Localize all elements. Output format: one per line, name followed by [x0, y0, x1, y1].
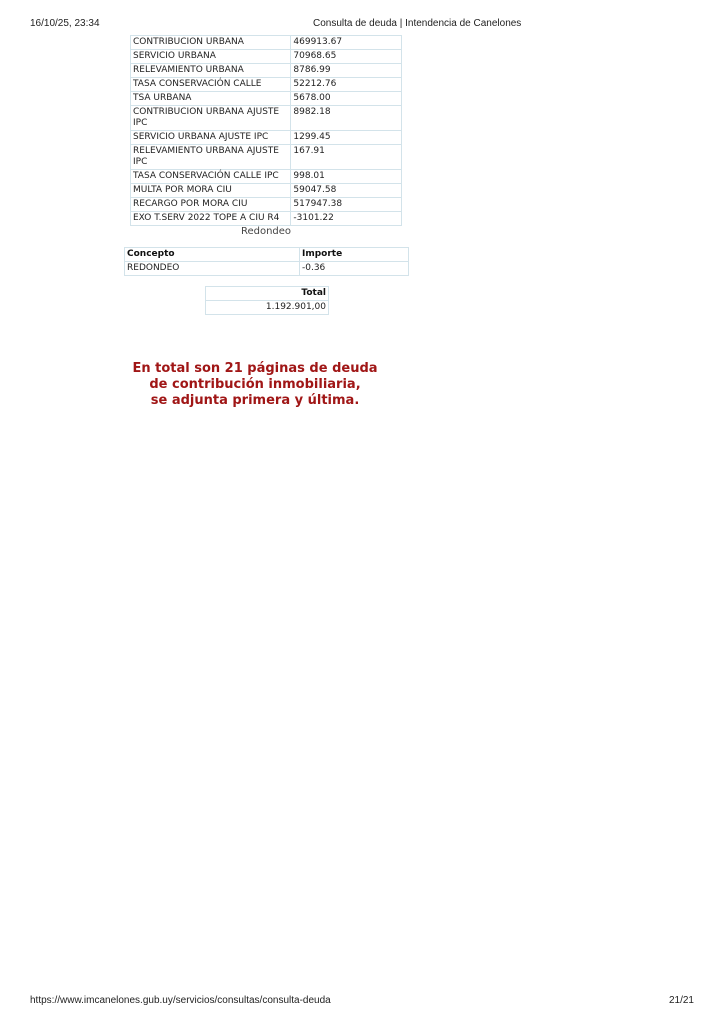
- total-table: Total 1.192.901,00: [205, 286, 329, 315]
- table-row: SERVICIO URBANA AJUSTE IPC1299.45: [131, 131, 402, 145]
- debt-importe: 70968.65: [291, 50, 402, 64]
- note-line: de contribución inmobiliaria,: [120, 377, 390, 393]
- table-header-row: Concepto Importe: [125, 248, 409, 262]
- debt-concepto: EXO T.SERV 2022 TOPE A CIU R4: [131, 212, 291, 226]
- table-row: RECARGO POR MORA CIU517947.38: [131, 198, 402, 212]
- table-row: TASA CONSERVACIÓN CALLE52212.76: [131, 78, 402, 92]
- debt-importe: 998.01: [291, 170, 402, 184]
- debt-importe: 1299.45: [291, 131, 402, 145]
- print-page-title: Consulta de deuda | Intendencia de Canel…: [313, 18, 521, 29]
- column-header-importe: Importe: [300, 248, 409, 262]
- debt-importe: 167.91: [291, 145, 402, 170]
- redondeo-concepto: REDONDEO: [125, 262, 300, 276]
- table-row: CONTRIBUCION URBANA469913.67: [131, 36, 402, 50]
- debt-importe: 469913.67: [291, 36, 402, 50]
- table-row: TSA URBANA5678.00: [131, 92, 402, 106]
- debt-importe: 8786.99: [291, 64, 402, 78]
- debt-concepto: TASA CONSERVACIÓN CALLE IPC: [131, 170, 291, 184]
- table-row: MULTA POR MORA CIU59047.58: [131, 184, 402, 198]
- debt-concepto: RELEVAMIENTO URBANA: [131, 64, 291, 78]
- debt-importe: 52212.76: [291, 78, 402, 92]
- debt-importe: -3101.22: [291, 212, 402, 226]
- print-url: https://www.imcanelones.gub.uy/servicios…: [30, 995, 331, 1006]
- print-header: 16/10/25, 23:34 Consulta de deuda | Inte…: [0, 18, 724, 32]
- note-line: se adjunta primera y última.: [120, 393, 390, 409]
- table-row: RELEVAMIENTO URBANA AJUSTE IPC167.91: [131, 145, 402, 170]
- total-value: 1.192.901,00: [206, 301, 329, 315]
- redondeo-table: Concepto Importe REDONDEO -0.36: [124, 247, 409, 276]
- note-line: En total son 21 páginas de deuda: [120, 361, 390, 377]
- redondeo-section-title: Redondeo: [130, 226, 402, 237]
- debt-importe: 5678.00: [291, 92, 402, 106]
- debt-concepto: TSA URBANA: [131, 92, 291, 106]
- table-row: REDONDEO -0.36: [125, 262, 409, 276]
- debt-concepto: CONTRIBUCION URBANA: [131, 36, 291, 50]
- table-row: EXO T.SERV 2022 TOPE A CIU R4-3101.22: [131, 212, 402, 226]
- debt-importe: 59047.58: [291, 184, 402, 198]
- total-label: Total: [206, 287, 329, 301]
- debt-items-table: CONTRIBUCION URBANA469913.67SERVICIO URB…: [130, 35, 402, 226]
- table-row: RELEVAMIENTO URBANA8786.99: [131, 64, 402, 78]
- debt-concepto: SERVICIO URBANA AJUSTE IPC: [131, 131, 291, 145]
- print-page-number: 21/21: [669, 995, 694, 1006]
- table-row: TASA CONSERVACIÓN CALLE IPC998.01: [131, 170, 402, 184]
- debt-importe: 8982.18: [291, 106, 402, 131]
- debt-concepto: MULTA POR MORA CIU: [131, 184, 291, 198]
- print-footer: https://www.imcanelones.gub.uy/servicios…: [0, 995, 724, 1009]
- redondeo-importe: -0.36: [300, 262, 409, 276]
- debt-concepto: SERVICIO URBANA: [131, 50, 291, 64]
- debt-concepto: RELEVAMIENTO URBANA AJUSTE IPC: [131, 145, 291, 170]
- debt-concepto: CONTRIBUCION URBANA AJUSTE IPC: [131, 106, 291, 131]
- debt-concepto: RECARGO POR MORA CIU: [131, 198, 291, 212]
- debt-importe: 517947.38: [291, 198, 402, 212]
- table-row: CONTRIBUCION URBANA AJUSTE IPC8982.18: [131, 106, 402, 131]
- print-datetime: 16/10/25, 23:34: [30, 18, 100, 29]
- debt-concepto: TASA CONSERVACIÓN CALLE: [131, 78, 291, 92]
- pages-note: En total son 21 páginas de deuda de cont…: [120, 361, 390, 409]
- column-header-concepto: Concepto: [125, 248, 300, 262]
- table-row: SERVICIO URBANA70968.65: [131, 50, 402, 64]
